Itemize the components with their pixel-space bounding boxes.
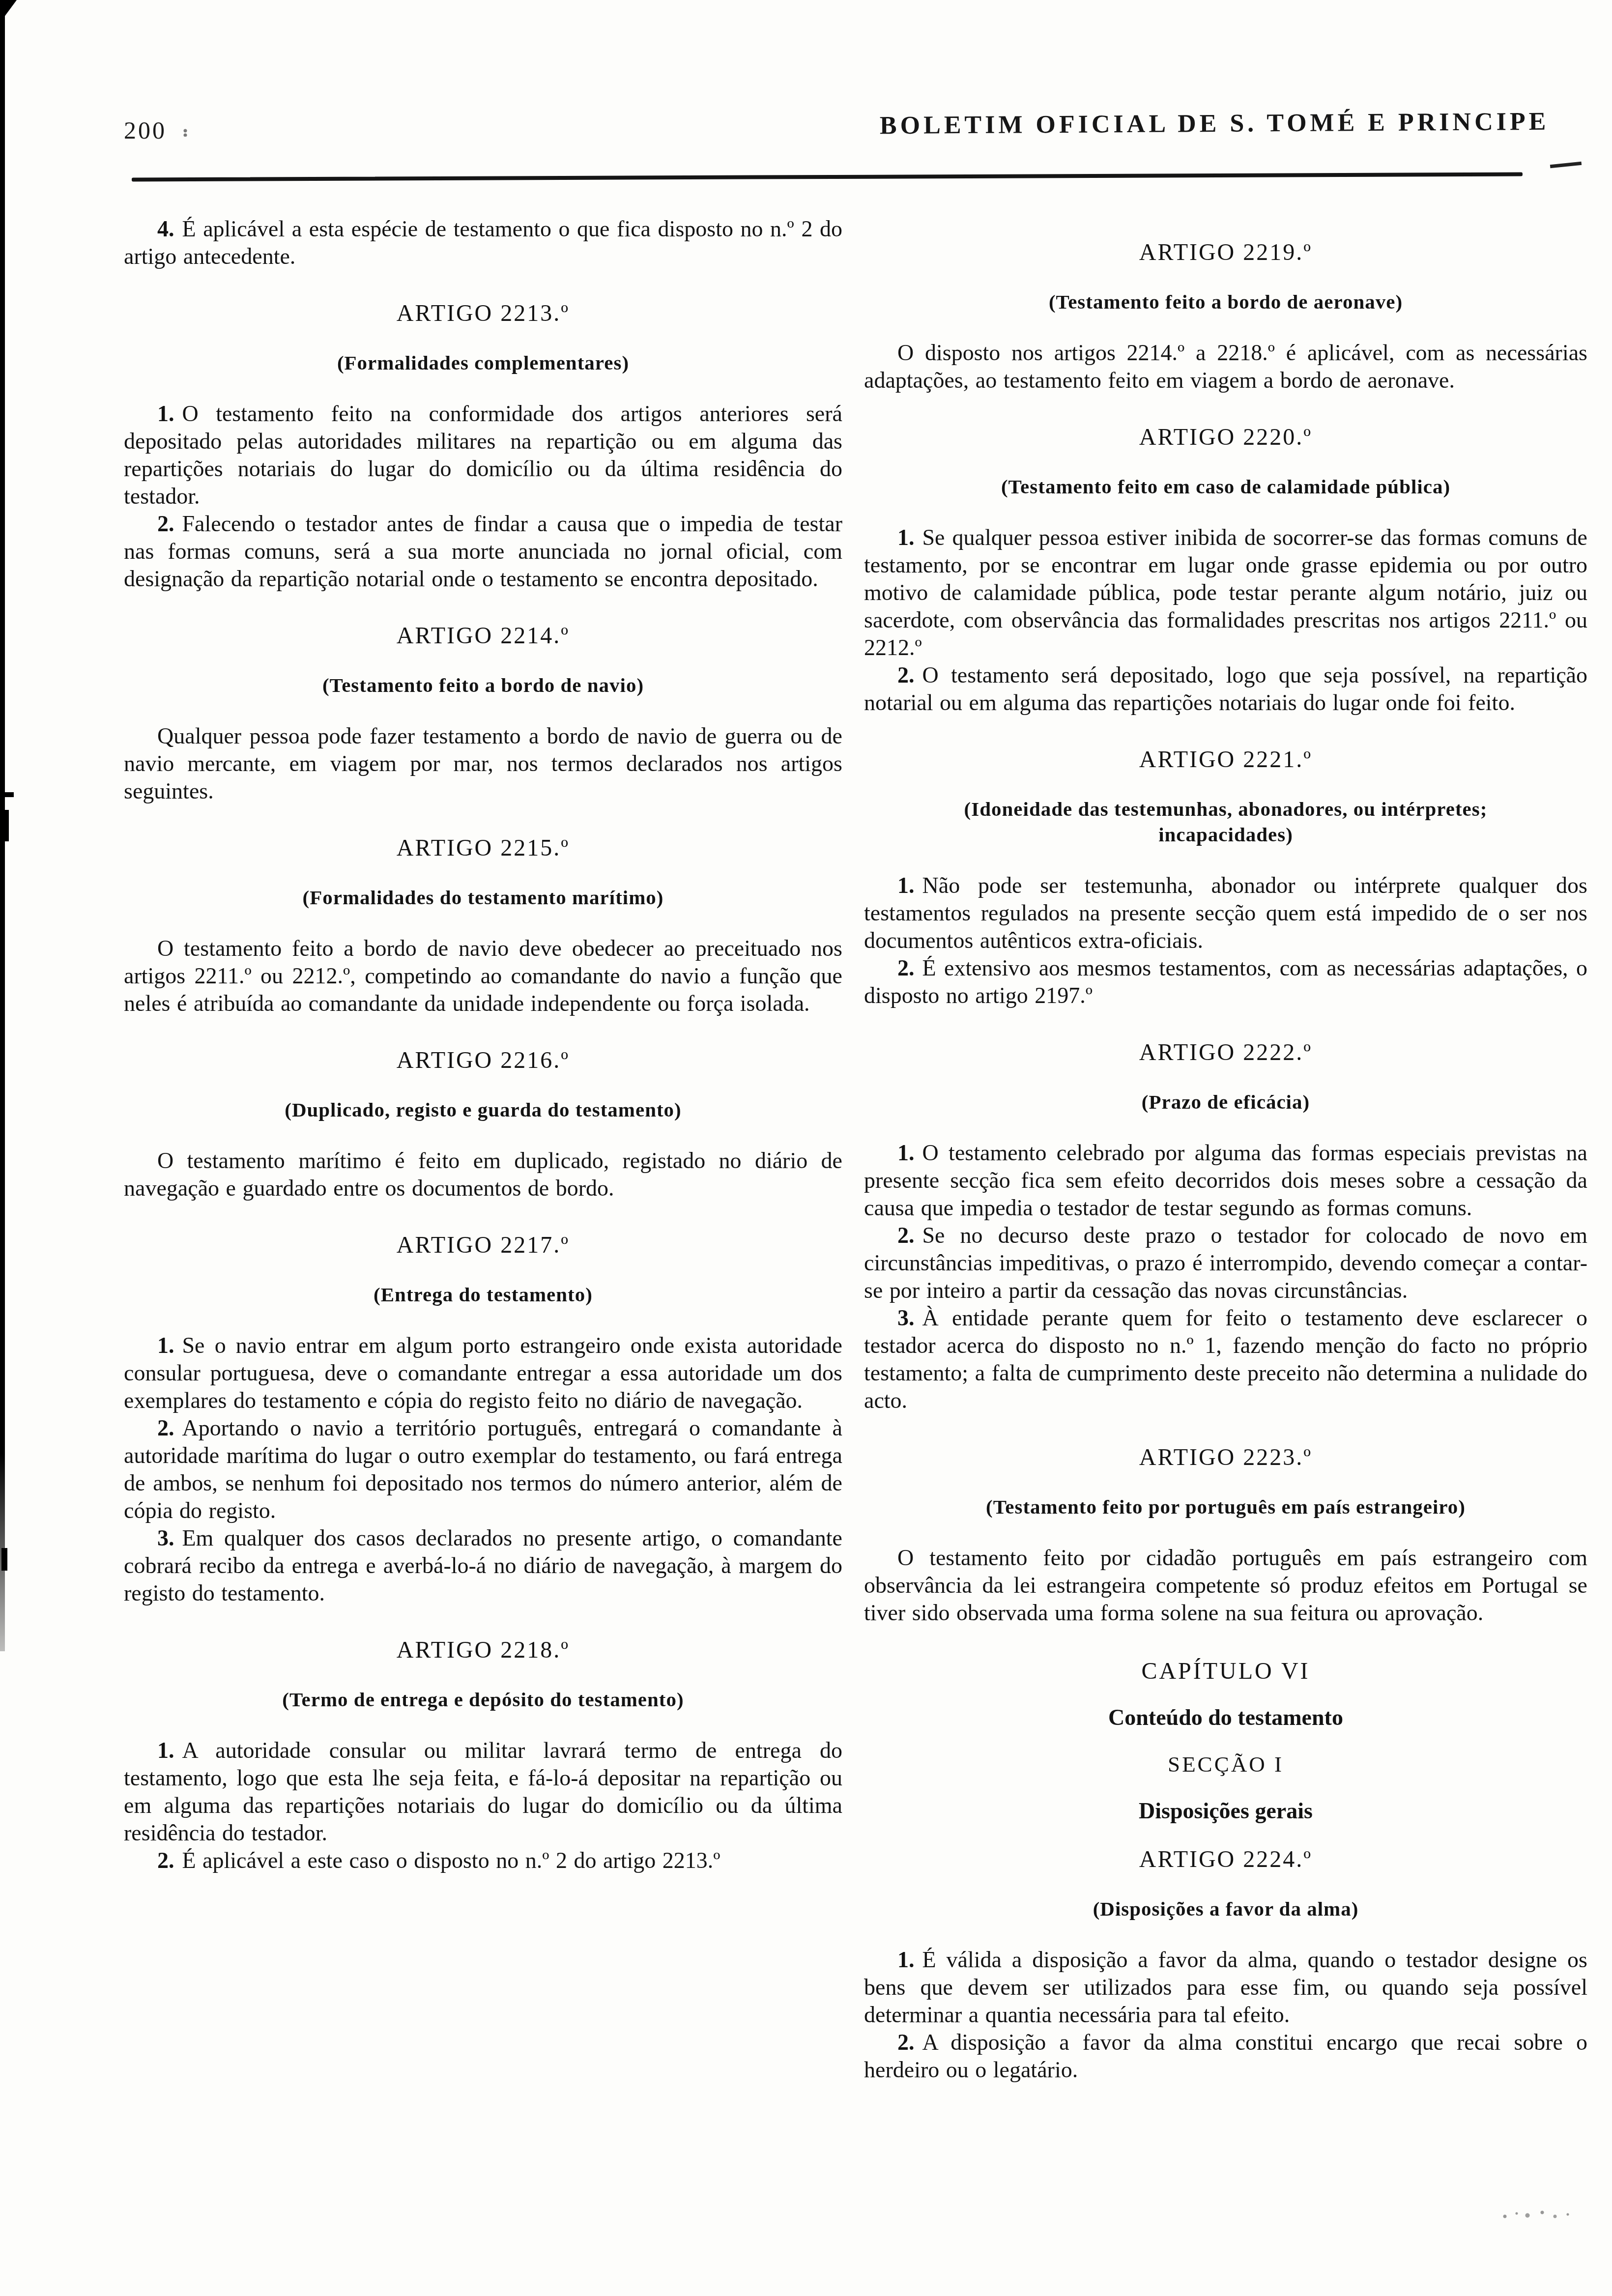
paragraph: 2.É aplicável a este caso o disposto no … xyxy=(124,1847,842,1874)
paragraph: 2.Falecendo o testador antes de findar a… xyxy=(124,510,842,593)
article-2224: ARTIGO 2224.º (Disposições a favor da al… xyxy=(864,1846,1587,2084)
para-text: O testamento feito a bordo de navio deve… xyxy=(124,936,842,1016)
scan-mark-artifact xyxy=(1,792,14,797)
scan-speckle-artifact xyxy=(183,129,188,137)
article-2219: ARTIGO 2219.º (Testamento feito a bordo … xyxy=(864,239,1587,394)
para-text: À entidade perante quem for feito o test… xyxy=(864,1305,1587,1413)
para-number: 4. xyxy=(157,216,174,241)
para-text: Se o navio entrar em algum porto estrang… xyxy=(124,1333,842,1413)
paragraph: 3.Em qualquer dos casos declarados no pr… xyxy=(124,1524,842,1607)
page-number: 200 xyxy=(124,116,167,144)
right-column: ARTIGO 2219.º (Testamento feito a bordo … xyxy=(864,215,1587,2084)
journal-title: BOLETIM OFICIAL DE S. TOMÉ E PRINCIPE xyxy=(880,107,1550,140)
para-text: A autoridade consular ou militar lavrará… xyxy=(124,1738,842,1845)
article-heading: ARTIGO 2220.º xyxy=(864,424,1587,451)
article-2216: ARTIGO 2216.º (Duplicado, registo e guar… xyxy=(124,1047,842,1202)
article-heading: ARTIGO 2218.º xyxy=(124,1636,842,1664)
article-subtitle: (Testamento feito por português em país … xyxy=(919,1494,1533,1520)
article-2220: ARTIGO 2220.º (Testamento feito em caso … xyxy=(864,424,1587,717)
header-rule xyxy=(132,172,1523,182)
article-subtitle: (Testamento feito em caso de calamidade … xyxy=(919,474,1533,499)
header-rule-dash xyxy=(1550,162,1582,169)
para-number: 2. xyxy=(157,1848,174,1873)
para-text: O testamento feito na conformidade dos a… xyxy=(124,401,842,509)
article-2213: ARTIGO 2213.º (Formalidades complementar… xyxy=(124,300,842,593)
para-number: 1. xyxy=(897,873,915,898)
article-heading: ARTIGO 2223.º xyxy=(864,1444,1587,1471)
para-text: Falecendo o testador antes de findar a c… xyxy=(124,511,842,591)
paragraph: 2.Se no decurso deste prazo o testador f… xyxy=(864,1222,1587,1304)
para-text: O testamento feito por cidadão português… xyxy=(864,1545,1587,1625)
article-2215: ARTIGO 2215.º (Formalidades do testament… xyxy=(124,834,842,1017)
article-subtitle: (Duplicado, registo e guarda do testamen… xyxy=(176,1097,790,1122)
article-heading: ARTIGO 2222.º xyxy=(864,1039,1587,1066)
para-text: O testamento marítimo é feito em duplica… xyxy=(124,1148,842,1201)
paragraph: O testamento feito por cidadão português… xyxy=(864,1544,1587,1627)
para-text: Aportando o navio a território português… xyxy=(124,1415,842,1523)
scanned-document-page: 200 BOLETIM OFICIAL DE S. TOMÉ E PRINCIP… xyxy=(0,0,1612,2296)
para-number: 2. xyxy=(897,662,915,688)
paragraph: Qualquer pessoa pode fazer testamento a … xyxy=(124,722,842,805)
paragraph: 1.É válida a disposição a favor da alma,… xyxy=(864,1946,1587,2029)
para-number: 1. xyxy=(157,1738,174,1763)
section-title: Disposições gerais xyxy=(864,1798,1587,1824)
paragraph: 2.A disposição a favor da alma constitui… xyxy=(864,2029,1587,2084)
para-number: 1. xyxy=(157,1333,174,1358)
article-heading: ARTIGO 2216.º xyxy=(124,1047,842,1074)
para-number: 2. xyxy=(897,955,915,980)
para-text: É aplicável a esta espécie de testamento… xyxy=(124,216,842,269)
article-subtitle: (Entrega do testamento) xyxy=(176,1282,790,1307)
para-number: 2. xyxy=(157,511,174,536)
para-number: 1. xyxy=(897,525,915,550)
left-column: 4.É aplicável a esta espécie de testamen… xyxy=(124,215,842,1874)
article-subtitle: (Disposições a favor da alma) xyxy=(919,1896,1533,1922)
para-text: É extensivo aos mesmos testamentos, com … xyxy=(864,955,1587,1008)
para-number: 3. xyxy=(157,1525,174,1550)
article-subtitle: (Testamento feito a bordo de navio) xyxy=(176,672,790,698)
paragraph: 1.O testamento feito na conformidade dos… xyxy=(124,400,842,510)
para-text: A disposição a favor da alma constitui e… xyxy=(864,2030,1587,2082)
para-text: Se qualquer pessoa estiver inibida de so… xyxy=(864,525,1587,660)
article-subtitle: (Formalidades complementares) xyxy=(176,350,790,375)
para-text: Se no decurso deste prazo o testador for… xyxy=(864,1223,1587,1303)
paragraph: O disposto nos artigos 2214.º a 2218.º é… xyxy=(864,339,1587,394)
article-heading: ARTIGO 2214.º xyxy=(124,622,842,650)
para-number: 2. xyxy=(157,1415,174,1440)
para-text: O testamento será depositado, logo que s… xyxy=(864,662,1587,715)
section-label: SECÇÃO I xyxy=(864,1751,1587,1777)
article-heading: ARTIGO 2213.º xyxy=(124,300,842,327)
article-2217: ARTIGO 2217.º (Entrega do testamento) 1.… xyxy=(124,1232,842,1607)
para-number: 3. xyxy=(897,1305,915,1330)
paragraph: O testamento feito a bordo de navio deve… xyxy=(124,935,842,1017)
article-2221: ARTIGO 2221.º (Idoneidade das testemunha… xyxy=(864,746,1587,1009)
article-heading: ARTIGO 2215.º xyxy=(124,834,842,862)
article-heading: ARTIGO 2224.º xyxy=(864,1846,1587,1873)
paragraph: 1.Se qualquer pessoa estiver inibida de … xyxy=(864,524,1587,661)
paragraph: 1.Se o navio entrar em algum porto estra… xyxy=(124,1332,842,1414)
para-text: O disposto nos artigos 2214.º a 2218.º é… xyxy=(864,340,1587,393)
paragraph: 1.O testamento celebrado por alguma das … xyxy=(864,1139,1587,1222)
paragraph: 1.A autoridade consular ou militar lavra… xyxy=(124,1737,842,1847)
para-text: Não pode ser testemunha, abonador ou int… xyxy=(864,873,1587,953)
para-text: É válida a disposição a favor da alma, q… xyxy=(864,1947,1587,2027)
article-heading: ARTIGO 2219.º xyxy=(864,239,1587,266)
chapter-title: Conteúdo do testamento xyxy=(864,1704,1587,1731)
article-2223: ARTIGO 2223.º (Testamento feito por port… xyxy=(864,1444,1587,1627)
para-text: Em qualquer dos casos declarados no pres… xyxy=(124,1525,842,1606)
article-subtitle: (Termo de entrega e depósito do testamen… xyxy=(176,1687,790,1712)
para-text: Qualquer pessoa pode fazer testamento a … xyxy=(124,723,842,804)
scan-speckle-artifact xyxy=(1502,2207,1576,2223)
chapter-label: CAPÍTULO VI xyxy=(864,1658,1587,1685)
paragraph: 2.É extensivo aos mesmos testamentos, co… xyxy=(864,954,1587,1009)
scan-mark-artifact xyxy=(1,1548,7,1571)
paragraph: 3.À entidade perante quem for feito o te… xyxy=(864,1304,1587,1414)
scan-corner-artifact xyxy=(0,0,17,23)
para-number: 1. xyxy=(897,1947,915,1972)
article-heading: ARTIGO 2221.º xyxy=(864,746,1587,774)
article-2222: ARTIGO 2222.º (Prazo de eficácia) 1.O te… xyxy=(864,1039,1587,1414)
paragraph: 4.É aplicável a esta espécie de testamen… xyxy=(124,215,842,270)
article-subtitle: (Testamento feito a bordo de aeronave) xyxy=(919,289,1533,315)
article-heading: ARTIGO 2217.º xyxy=(124,1232,842,1259)
paragraph: 1.Não pode ser testemunha, abonador ou i… xyxy=(864,872,1587,954)
para-number: 2. xyxy=(897,2030,915,2055)
chapter-vi: CAPÍTULO VI Conteúdo do testamento SECÇÃ… xyxy=(864,1658,1587,1824)
article-2214: ARTIGO 2214.º (Testamento feito a bordo … xyxy=(124,622,842,805)
para-text: O testamento celebrado por alguma das fo… xyxy=(864,1140,1587,1220)
para-text: É aplicável a este caso o disposto no n.… xyxy=(182,1848,720,1873)
article-subtitle: (Prazo de eficácia) xyxy=(919,1089,1533,1115)
scan-mark-artifact xyxy=(1,810,9,841)
article-subtitle: (Idoneidade das testemunhas, abonadores,… xyxy=(919,796,1533,847)
para-number: 1. xyxy=(157,401,174,426)
paragraph: 2.O testamento será depositado, logo que… xyxy=(864,661,1587,717)
paragraph: O testamento marítimo é feito em duplica… xyxy=(124,1147,842,1202)
para-number: 2. xyxy=(897,1223,915,1248)
article-2218: ARTIGO 2218.º (Termo de entrega e depósi… xyxy=(124,1636,842,1874)
article-subtitle: (Formalidades do testamento marítimo) xyxy=(176,885,790,910)
para-number: 1. xyxy=(897,1140,915,1165)
paragraph: 2.Aportando o navio a território portugu… xyxy=(124,1414,842,1524)
